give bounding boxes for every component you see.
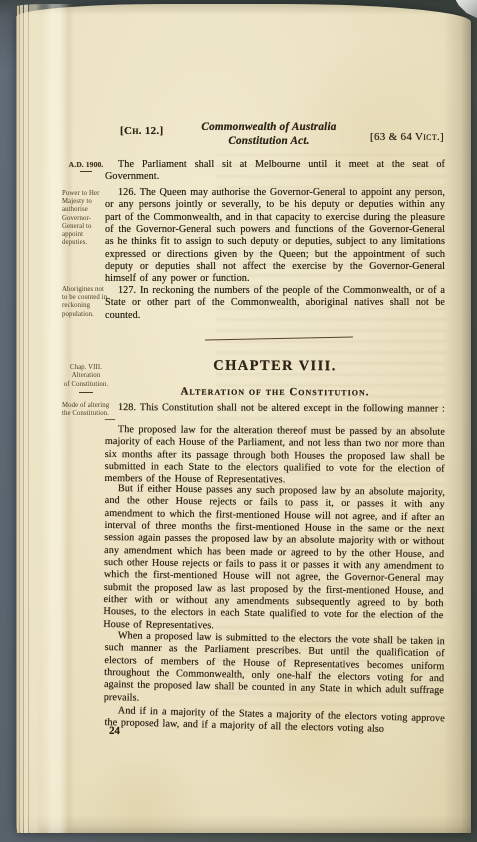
paragraph-section-127: 127. In reckoning the numbers of the peo…: [105, 285, 445, 322]
margin-note-date-text: A.D. 1900.: [69, 160, 104, 169]
margin-rule: [79, 392, 93, 393]
chapter-heading: CHAPTER VIII.: [105, 357, 445, 375]
paragraph-section-128-proposed-law: The proposed law for the alteration ther…: [105, 424, 445, 488]
page-content: [Ch. 12.] Commonwealth of Australia Cons…: [16, 4, 471, 833]
scanned-book-photo: [Ch. 12.] Commonwealth of Australia Cons…: [0, 0, 477, 842]
margin-note-s128: Mode of altering the Constitution.: [62, 402, 110, 418]
header-title-line1: Commonwealth of Australia: [149, 121, 389, 135]
chapter-subheading: Alteration of the Constitution.: [105, 385, 445, 398]
paragraph-section-128-deadlock: But if either House passes any such prop…: [103, 483, 445, 635]
margin-note-s126: Power to Her Majesty to authorise Govern…: [62, 190, 110, 247]
margin-rule: [80, 171, 92, 172]
paragraph-section-126: 126. The Queen may authorise the Governo…: [105, 187, 445, 286]
margin-note-s127: Aborigines not to be counted in reckonin…: [62, 286, 110, 319]
margin-note-date: A.D. 1900.: [62, 160, 110, 172]
section-divider-rule: [205, 336, 353, 340]
paragraph-seat-of-government: The Parliament shall sit at Melbourne un…: [105, 159, 445, 184]
book-page: [Ch. 12.] Commonwealth of Australia Cons…: [16, 4, 471, 833]
paragraph-section-128-referendum: When a proposed law is submitted to the …: [104, 630, 445, 710]
paragraph-section-128-majorities: And if in a majority of the States a maj…: [104, 705, 445, 738]
margin-note-chapter-text: Chap. VIII. Alteration of Constitution.: [64, 364, 108, 387]
header-book-title: Commonwealth of Australia Constitution A…: [149, 121, 389, 148]
header-title-line2: Constitution Act.: [149, 135, 389, 149]
page-number: 24: [109, 725, 120, 737]
header-regnal-ref: [63 & 64 Vict.]: [370, 131, 444, 143]
margin-note-chapter: Chap. VIII. Alteration of Constitution.: [62, 356, 110, 401]
